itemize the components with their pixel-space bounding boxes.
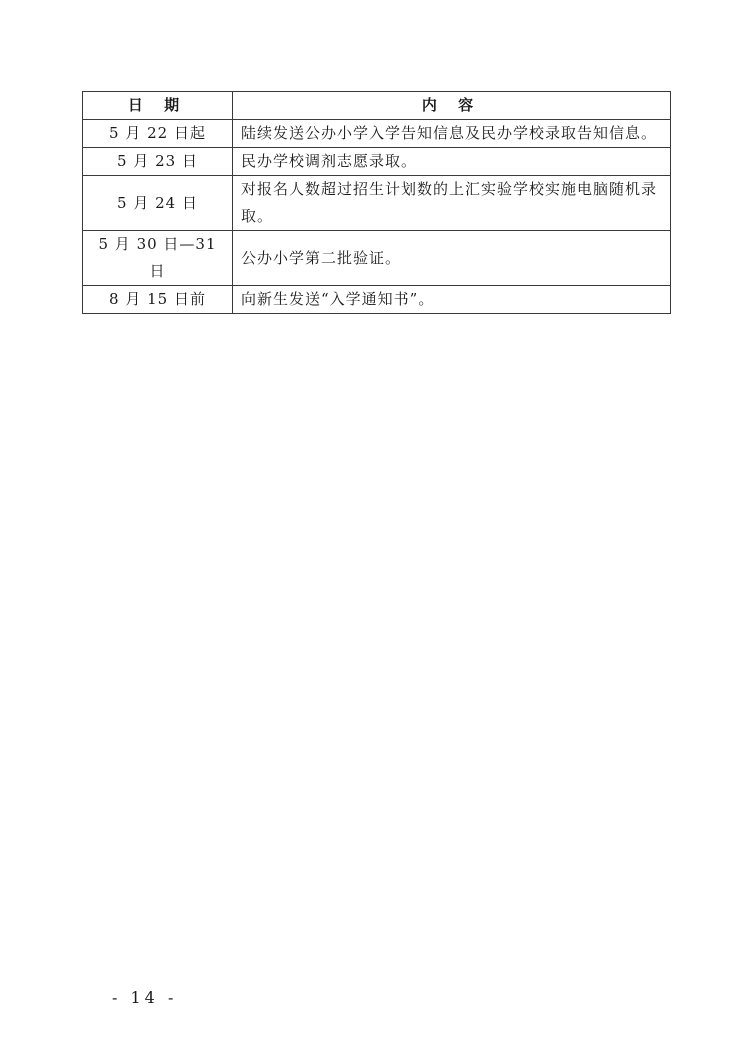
row-date: 5 月 24 日 [83,176,233,231]
header-content: 内 容 [233,92,671,120]
row-content: 公办小学第二批验证。 [233,231,671,286]
admission-schedule-table: 日 期 内 容 5 月 22 日起 陆续发送公办小学入学告知信息及民办学校录取告… [82,91,671,314]
row-date: 8 月 15 日前 [83,286,233,314]
table-row: 8 月 15 日前 向新生发送“入学通知书”。 [83,286,671,314]
row-content: 民办学校调剂志愿录取。 [233,148,671,176]
table-row: 5 月 30 日—31 日 公办小学第二批验证。 [83,231,671,286]
table-row: 5 月 23 日 民办学校调剂志愿录取。 [83,148,671,176]
table-header-row: 日 期 内 容 [83,92,671,120]
row-content: 陆续发送公办小学入学告知信息及民办学校录取告知信息。 [233,120,671,148]
table-row: 5 月 22 日起 陆续发送公办小学入学告知信息及民办学校录取告知信息。 [83,120,671,148]
row-date: 5 月 30 日—31 日 [83,231,233,286]
row-content: 对报名人数超过招生计划数的上汇实验学校实施电脑随机录取。 [233,176,671,231]
row-content: 向新生发送“入学通知书”。 [233,286,671,314]
row-date: 5 月 22 日起 [83,120,233,148]
row-date: 5 月 23 日 [83,148,233,176]
page-number: - 14 - [112,988,177,1007]
table-row: 5 月 24 日 对报名人数超过招生计划数的上汇实验学校实施电脑随机录取。 [83,176,671,231]
header-date: 日 期 [83,92,233,120]
